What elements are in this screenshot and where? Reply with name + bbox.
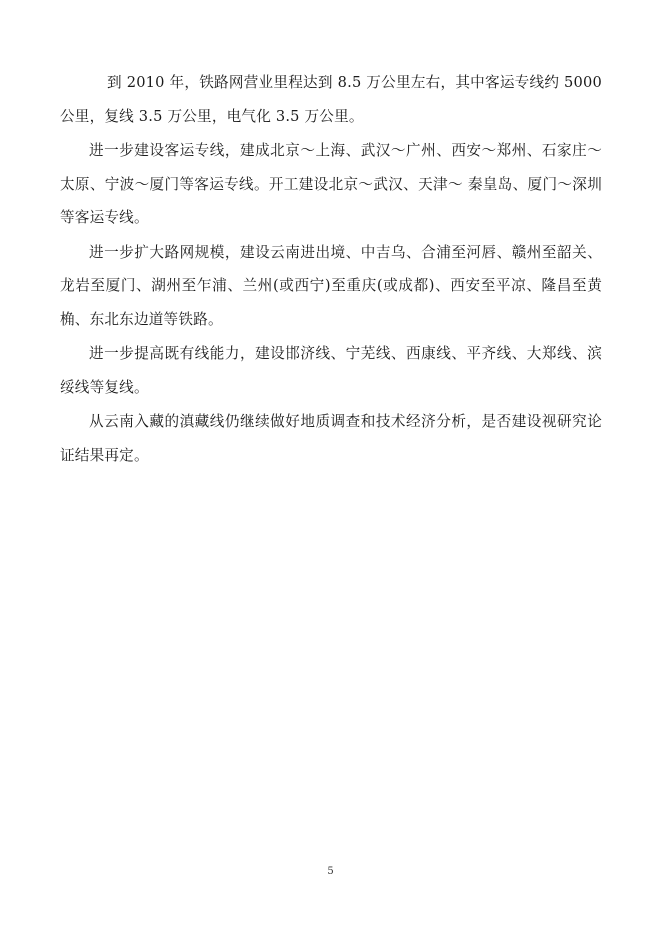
paragraph-passenger-lines: 进一步建设客运专线，建成北京～上海、武汉～广州、西安～郑州、石家庄～太原、宁波～…	[60, 134, 602, 235]
paragraph-network-expansion: 进一步扩大路网规模，建设云南进出境、中吉乌、合浦至河唇、赣州至韶关、龙岩至厦门、…	[60, 236, 602, 337]
paragraph-yunnan-tibet-line: 从云南入藏的滇藏线仍继续做好地质调查和技术经济分析，是否建设视研究论证结果再定。	[60, 405, 602, 472]
paragraph-2010-targets: 到 2010 年，铁路网营业里程达到 8.5 万公里左右，其中客运专线约 500…	[60, 66, 602, 133]
paragraph-capacity-improvement: 进一步提高既有线能力，建设邯济线、宁芜线、西康线、平齐线、大郑线、滨绥线等复线。	[60, 337, 602, 404]
page-number: 5	[0, 866, 661, 877]
document-page: 到 2010 年，铁路网营业里程达到 8.5 万公里左右，其中客运专线约 500…	[60, 66, 602, 473]
